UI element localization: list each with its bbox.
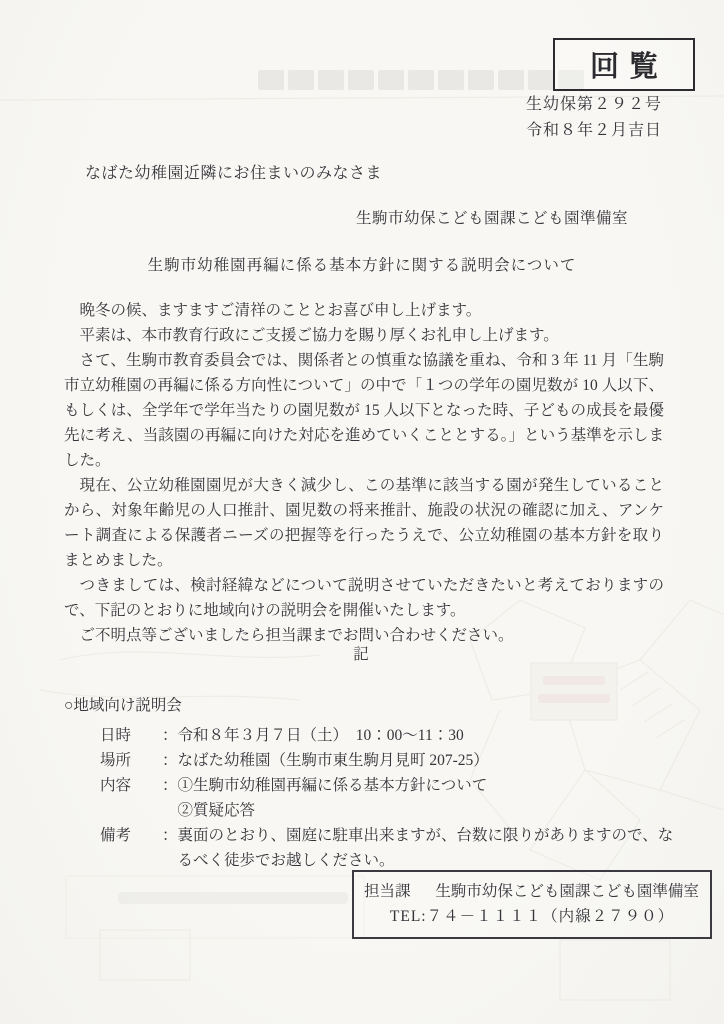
row-colon: ： [162, 723, 178, 748]
contact-department: 生駒市幼保こども園課こども園準備室 [435, 883, 699, 900]
row-label-agenda: 内容 [100, 773, 162, 798]
meeting-row-datetime: 日時 ： 令和８年３月７日（土） 10：00～11：30 [100, 723, 684, 748]
document-date: 令和８年２月吉日 [526, 118, 662, 144]
row-label-datetime: 日時 [100, 723, 162, 748]
meeting-details-section: ○地域向け説明会 日時 ： 令和８年３月７日（土） 10：00～11：30 場所… [64, 693, 684, 873]
contact-box: 担当課生駒市幼保こども園課こども園準備室 TEL:７４－１１１１（内線２７９０） [352, 870, 712, 939]
meeting-rows: 日時 ： 令和８年３月７日（土） 10：00～11：30 場所 ： なばた幼稚園… [64, 723, 684, 873]
paragraph-announcement: つきましては、検討経緯などについて説明させていただきたいと考えておりますので、下… [64, 573, 664, 623]
document-meta: 生幼保第２９２号 令和８年２月吉日 [526, 92, 662, 144]
agenda-item-1: ①生駒市幼稚園再編に係る基本方針について [178, 773, 684, 798]
agenda-item-2: ②質疑応答 [178, 798, 684, 823]
row-value-datetime: 令和８年３月７日（土） 10：00～11：30 [178, 723, 684, 748]
paragraph-greeting-2: 平素は、本市教育行政にご支援ご協力を賜り厚くお礼申し上げます。 [64, 323, 664, 348]
row-colon: ： [162, 773, 178, 798]
contact-label: 担当課 [364, 883, 411, 900]
row-label-remarks: 備考 [100, 823, 162, 848]
contact-line-department: 担当課生駒市幼保こども園課こども園準備室 [364, 879, 700, 904]
document-title: 生駒市幼稚園再編に係る基本方針に関する説明会について [0, 253, 724, 275]
contact-telephone: TEL:７４－１１１１（内線２７９０） [364, 904, 700, 929]
record-marker: 記 [0, 642, 724, 664]
row-colon: ： [162, 748, 178, 773]
meeting-row-agenda: 内容 ： ①生駒市幼稚園再編に係る基本方針について ②質疑応答 [100, 773, 684, 823]
paragraph-current-status: 現在、公立幼稚園園児が大きく減少し、この基準に該当する園が発生していることから、… [64, 473, 664, 573]
paragraph-greeting-1: 晩冬の候、ますますご清祥のこととお喜び申し上げます。 [64, 298, 664, 323]
meeting-heading: ○地域向け説明会 [64, 693, 684, 718]
row-colon: ： [162, 823, 178, 848]
row-value-agenda: ①生駒市幼稚園再編に係る基本方針について ②質疑応答 [178, 773, 684, 823]
circulation-stamp-box: 回覧 [553, 38, 695, 91]
circulation-stamp-text: 回覧 [590, 44, 668, 85]
scanned-document-page: 回覧 生幼保第２９２号 令和８年２月吉日 なばた幼稚園近隣にお住まいのみなさま … [0, 0, 724, 1024]
meeting-row-remarks: 備考 ： 裏面のとおり、園庭に駐車出来ますが、台数に限りがありますので、なるべく… [100, 823, 684, 873]
row-label-location: 場所 [100, 748, 162, 773]
letter-body: 晩冬の候、ますますご清祥のこととお喜び申し上げます。 平素は、本市教育行政にご支… [64, 298, 664, 648]
meeting-row-location: 場所 ： なばた幼稚園（生駒市東生駒月見町 207-25） [100, 748, 684, 773]
sender-line: 生駒市幼保こども園課こども園準備室 [356, 206, 628, 228]
document-number: 生幼保第２９２号 [526, 92, 662, 118]
row-value-location: なばた幼稚園（生駒市東生駒月見町 207-25） [178, 748, 684, 773]
addressee-line: なばた幼稚園近隣にお住まいのみなさま [85, 160, 382, 183]
paragraph-background: さて、生駒市教育委員会では、関係者との慎重な協議を重ね、令和 3 年 11 月「… [64, 348, 664, 473]
row-value-remarks: 裏面のとおり、園庭に駐車出来ますが、台数に限りがありますので、なるべく徒歩でお越… [178, 823, 684, 873]
